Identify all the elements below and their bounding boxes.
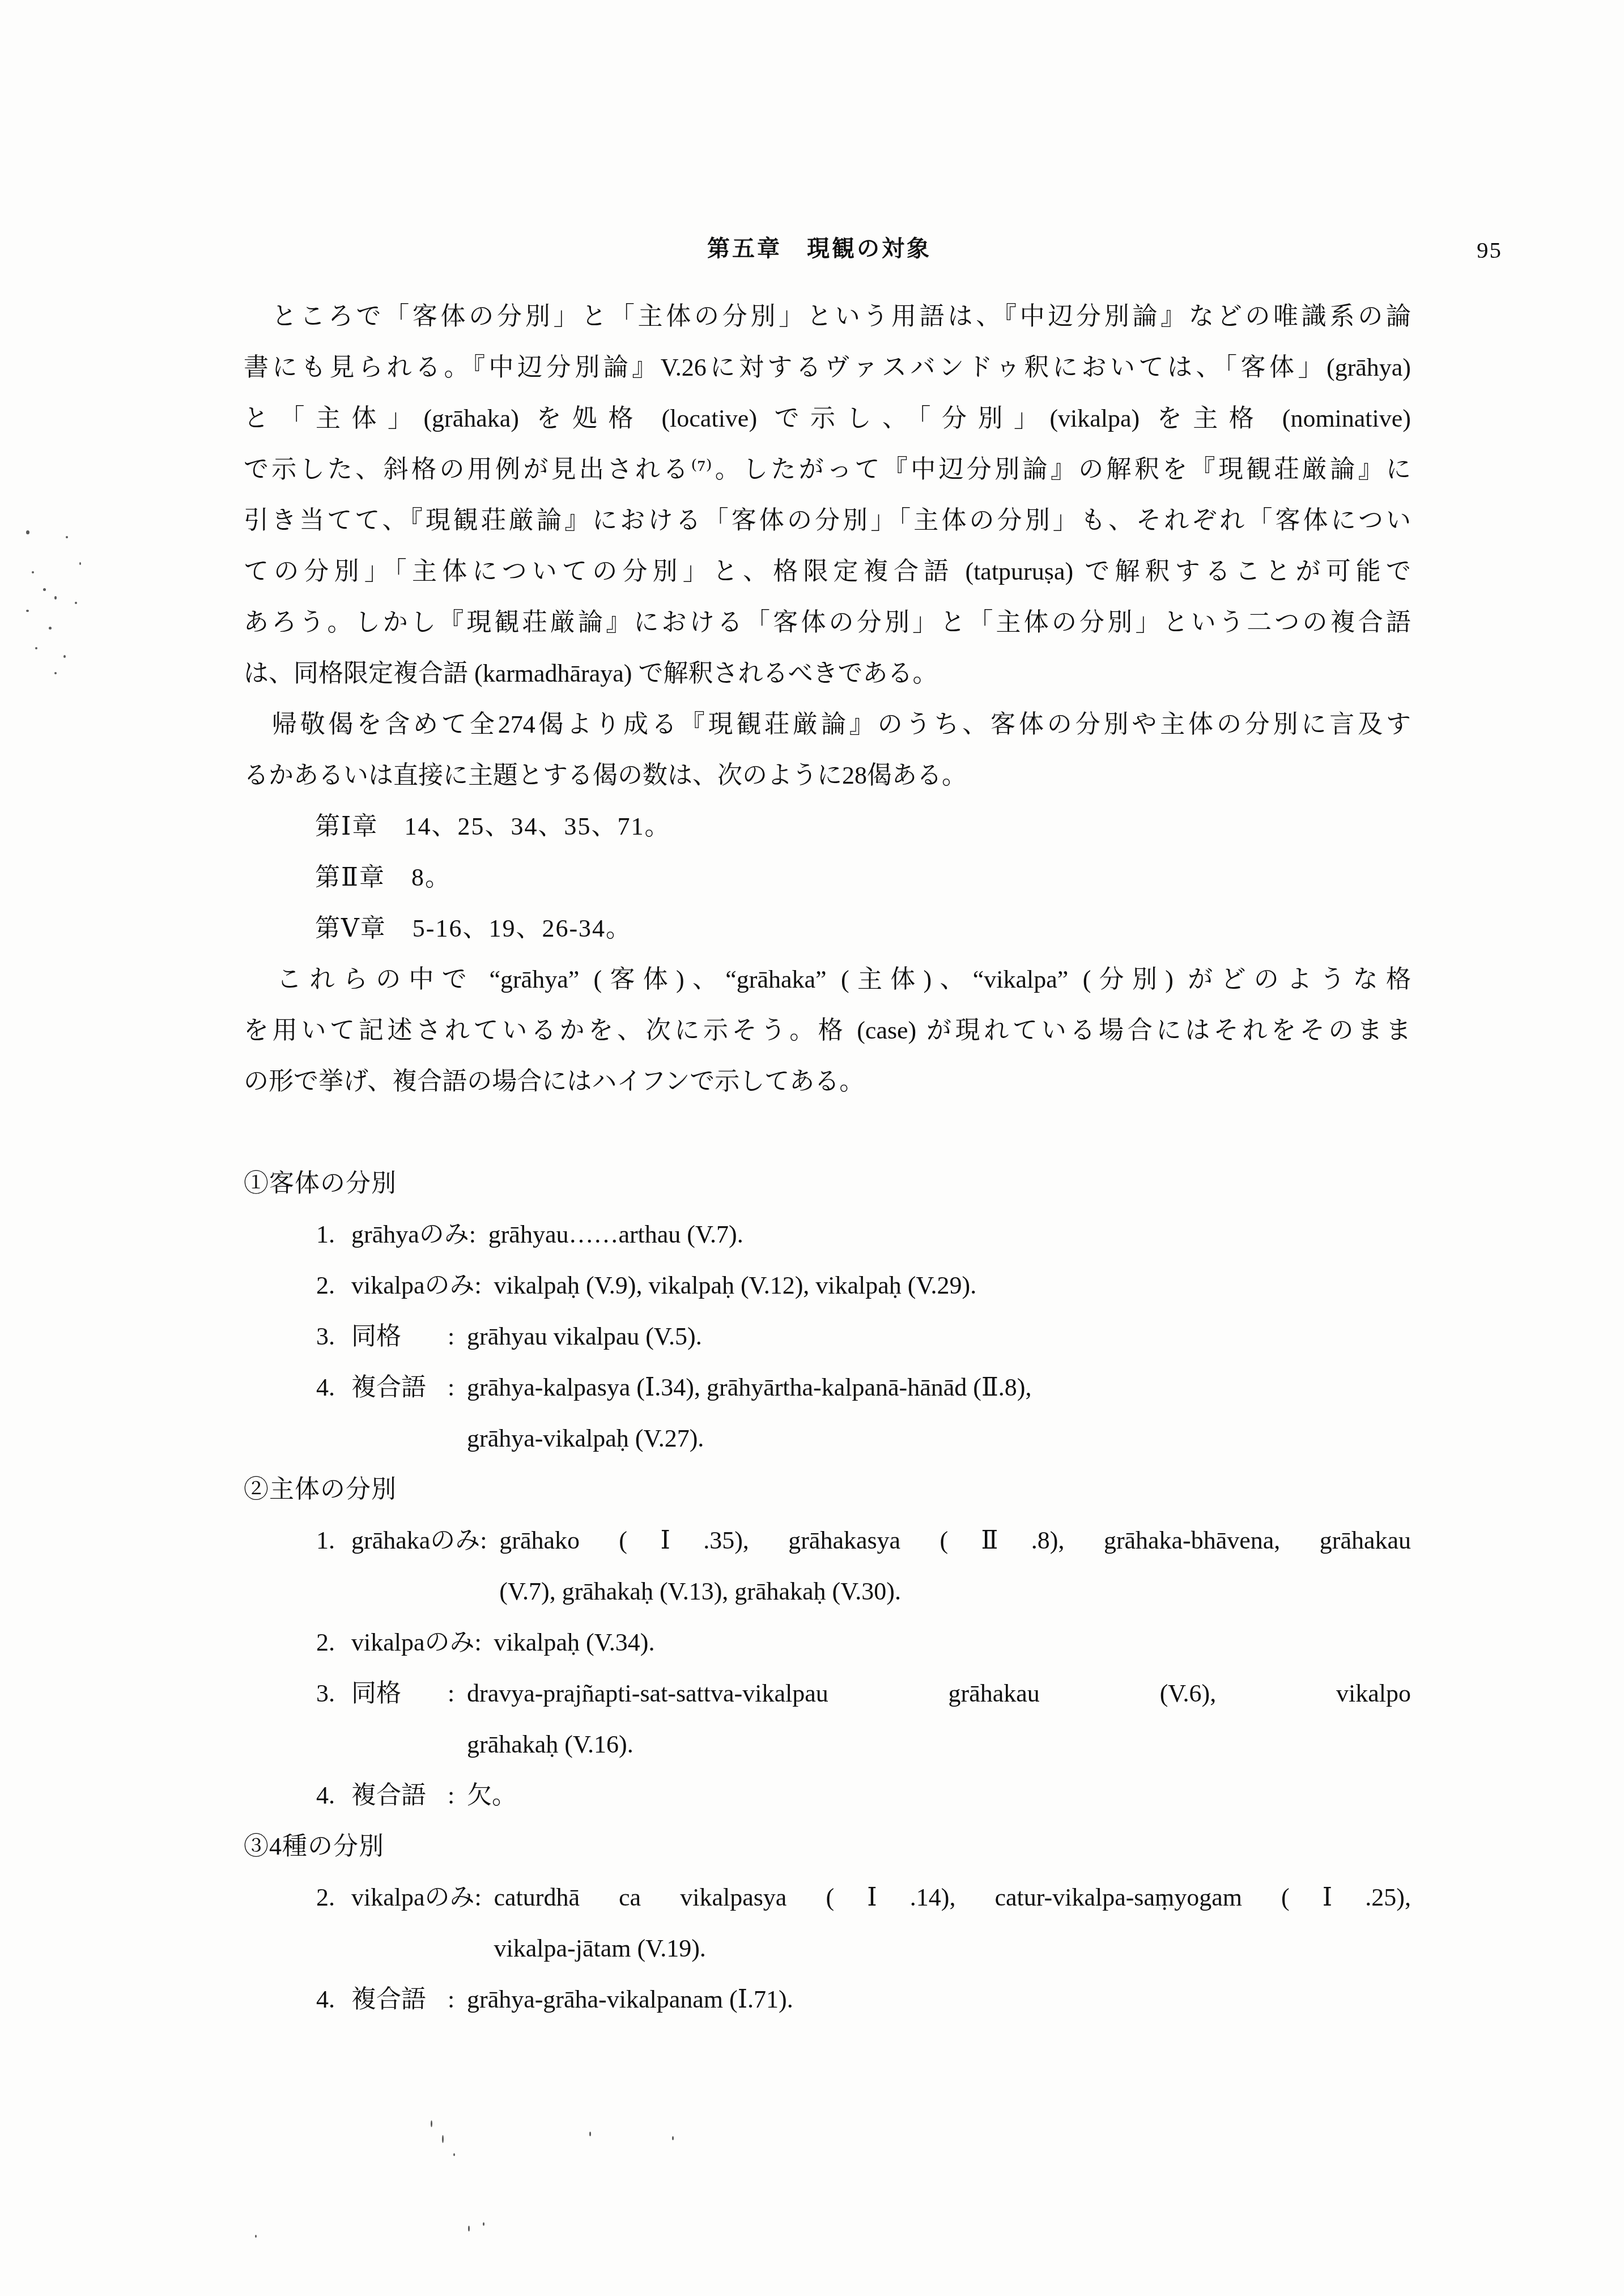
item-number: 2. xyxy=(316,1617,351,1668)
scan-speck xyxy=(54,596,57,599)
item-number: 2. xyxy=(316,1260,351,1311)
item-label: vikalpaのみ xyxy=(351,1629,475,1656)
paragraph3-line: これらの中で “grāhya” (客体)、“grāhaka” (主体)、“vik… xyxy=(244,954,1411,1005)
page-number: 95 xyxy=(1477,237,1502,263)
item-label: 複合語 xyxy=(351,1985,426,2013)
item-label: vikalpaのみ xyxy=(351,1272,475,1299)
item-label: 同格 xyxy=(351,1680,401,1707)
scan-speck xyxy=(32,571,34,573)
item-label: grāhakaのみ xyxy=(351,1527,480,1554)
chapter-count-line: 第Ⅱ章 8。 xyxy=(244,852,1411,903)
paragraph2-line: るかあるいは直接に主題とする偈の数は、次のように28偈ある。 xyxy=(244,750,1411,801)
item-number: 1. xyxy=(316,1515,351,1566)
item-colon: : xyxy=(475,1617,494,1668)
paragraph1-line: あろう。しかし『現観荘厳論』における「客体の分別」と「主体の分別」という二つの複… xyxy=(244,597,1411,648)
item-text-continuation: grāhakaḥ (V.16). xyxy=(467,1719,1411,1770)
scan-speck xyxy=(442,2135,444,2143)
item-text: grāhako (Ⅰ.35), grāhakasya (Ⅱ.8), grāhak… xyxy=(499,1515,1411,1566)
paragraph1-line: 書にも見られる。『中辺分別論』V.26に対するヴァスバンドゥ釈においては、「客体… xyxy=(244,342,1411,393)
item-text: caturdhā ca vikalpasya (Ⅰ.14), catur-vik… xyxy=(494,1872,1411,1923)
item-number: 3. xyxy=(316,1668,351,1719)
scan-speck xyxy=(672,2136,674,2140)
scan-speck xyxy=(43,588,46,591)
list-item: 3.同格 : grāhyau vikalpau (V.5). xyxy=(244,1311,1411,1362)
scan-speck xyxy=(49,627,52,630)
item-colon: : xyxy=(448,1311,467,1362)
list-item: 4.複合語 : grāhya-kalpasya (Ⅰ.34), grāhyārt… xyxy=(244,1362,1411,1464)
item-label: 複合語 xyxy=(351,1374,426,1401)
item-number: 4. xyxy=(316,1770,351,1821)
paragraph2-line: 帰敬偈を含めて全274偈より成る『現観荘厳論』のうち、客体の分別や主体の分別に言… xyxy=(244,699,1411,750)
item-text-continuation: vikalpa-jātam (V.19). xyxy=(494,1923,1411,1974)
text-column: ところで「客体の分別」と「主体の分別」という用語は、『中辺分別論』などの唯識系の… xyxy=(244,291,1411,2025)
item-colon: : xyxy=(469,1209,488,1260)
chapter-count-line: 第Ⅴ章 5-16、19、26-34。 xyxy=(244,903,1411,954)
item-text: grāhyau vikalpau (V.5). xyxy=(467,1311,1411,1362)
item-colon: : xyxy=(475,1260,494,1311)
item-text: grāhya-grāha-vikalpanam (Ⅰ.71). xyxy=(467,1974,1411,2025)
book-page: 第五章 現観の対象 95 ところで「客体の分別」と「主体の分別」という用語は、『… xyxy=(0,0,1624,2296)
item-number: 1. xyxy=(316,1209,351,1260)
paragraph1-line: ところで「客体の分別」と「主体の分別」という用語は、『中辺分別論』などの唯識系の… xyxy=(244,291,1411,342)
scan-speck xyxy=(75,602,77,604)
scan-speck xyxy=(66,536,68,538)
scan-speck xyxy=(431,2120,432,2127)
item-colon: : xyxy=(448,1668,467,1719)
item-text: vikalpaḥ (V.9), vikalpaḥ (V.12), vikalpa… xyxy=(494,1260,1411,1311)
list-item: 1.grāhyaのみ : grāhyau……arthau (V.7). xyxy=(244,1209,1411,1260)
paragraph1-line: ての分別」「主体についての分別」と、格限定複合語 (tatpuruṣa) で解釈… xyxy=(244,546,1411,597)
scan-speck xyxy=(35,647,37,649)
paragraph3-line: を用いて記述されているかを、次に示そう。格 (case) が現れている場合にはそ… xyxy=(244,1005,1411,1056)
item-colon: : xyxy=(480,1515,499,1566)
paragraph1-line: で示した、斜格の用例が見出される⁽⁷⁾。したがって『中辺分別論』の解釈を『現観荘… xyxy=(244,444,1411,495)
item-text-continuation: grāhya-vikalpaḥ (V.27). xyxy=(467,1413,1411,1464)
chapter-count-line: 第Ⅰ章 14、25、34、35、71。 xyxy=(244,801,1411,852)
section3-heading: ③4種の分別 xyxy=(244,1821,1411,1872)
list-item: 3.同格 : dravya-prajñapti-sat-sattva-vikal… xyxy=(244,1668,1411,1770)
item-label: 複合語 xyxy=(351,1781,426,1809)
item-colon: : xyxy=(475,1872,494,1923)
paragraph3-line: の形で挙げ、複合語の場合にはハイフンで示してある。 xyxy=(244,1056,1411,1107)
item-number: 3. xyxy=(316,1311,351,1362)
list-item: 2.vikalpaのみ : vikalpaḥ (V.34). xyxy=(244,1617,1411,1668)
item-number: 2. xyxy=(316,1872,351,1923)
scan-speck xyxy=(63,655,66,658)
item-number: 4. xyxy=(316,1974,351,2025)
scan-speck xyxy=(483,2222,484,2226)
item-number: 4. xyxy=(316,1362,351,1413)
section1-heading: ①客体の分別 xyxy=(244,1158,1411,1209)
item-label: vikalpaのみ xyxy=(351,1883,475,1911)
scan-speck xyxy=(453,2153,455,2156)
list-item: 2.vikalpaのみ : vikalpaḥ (V.9), vikalpaḥ (… xyxy=(244,1260,1411,1311)
blank-line xyxy=(244,1107,1411,1158)
scan-speck xyxy=(79,562,81,565)
item-text: dravya-prajñapti-sat-sattva-vikalpau grā… xyxy=(467,1668,1411,1719)
list-item: 2.vikalpaのみ : caturdhā ca vikalpasya (Ⅰ.… xyxy=(244,1872,1411,1974)
list-item: 4.複合語 : 欠。 xyxy=(244,1770,1411,1821)
section2-heading: ②主体の分別 xyxy=(244,1464,1411,1515)
item-text: grāhyau……arthau (V.7). xyxy=(488,1209,1411,1260)
list-item: 4.複合語 : grāhya-grāha-vikalpanam (Ⅰ.71). xyxy=(244,1974,1411,2025)
paragraph1-line: 引き当てて、『現観荘厳論』における「客体の分別」「主体の分別」も、それぞれ「客体… xyxy=(244,495,1411,546)
item-text-continuation: (V.7), grāhakaḥ (V.13), grāhakaḥ (V.30). xyxy=(499,1566,1411,1617)
item-label: grāhyaのみ xyxy=(351,1221,469,1248)
paragraph1-line: と「主体」(grāhaka) を処格 (locative) で示し、「分別」(v… xyxy=(244,393,1411,444)
scan-speck xyxy=(468,2226,470,2231)
scan-speck xyxy=(26,530,29,534)
item-colon: : xyxy=(448,1362,467,1413)
list-item: 1.grāhakaのみ : grāhako (Ⅰ.35), grāhakasya… xyxy=(244,1515,1411,1617)
item-text: 欠。 xyxy=(467,1770,1411,1821)
paragraph1-line: は、同格限定複合語 (karmadhāraya) で解釈されるべきである。 xyxy=(244,648,1411,699)
chapter-running-head: 第五章 現観の対象 xyxy=(707,236,932,262)
scan-speck xyxy=(589,2132,591,2136)
item-colon: : xyxy=(448,1770,467,1821)
scan-speck xyxy=(54,672,57,674)
item-colon: : xyxy=(448,1974,467,2025)
item-text: grāhya-kalpasya (Ⅰ.34), grāhyārtha-kalpa… xyxy=(467,1362,1411,1413)
item-text: vikalpaḥ (V.34). xyxy=(494,1617,1411,1668)
scan-speck xyxy=(255,2235,257,2238)
item-label: 同格 xyxy=(351,1323,401,1350)
scan-speck xyxy=(26,610,29,612)
